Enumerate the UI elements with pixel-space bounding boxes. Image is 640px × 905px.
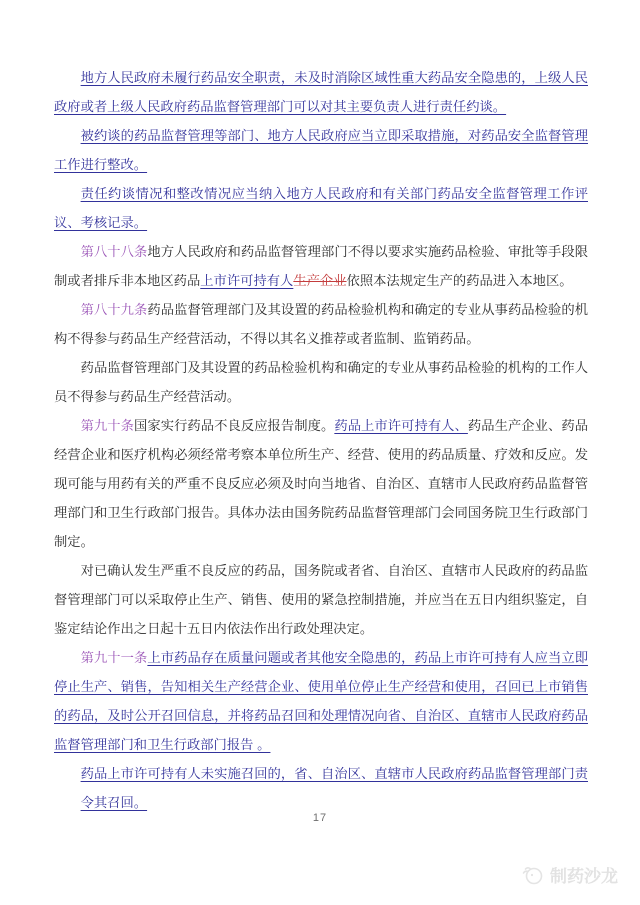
- body-text: 药品生产企业、药品经营企业和医疗机构必须经常考察本单位所生产、经营、使用的药品质…: [54, 418, 588, 549]
- article-number: 第九十条: [81, 418, 134, 433]
- article-number: 第九十一条: [81, 650, 148, 665]
- paragraph: 被约谈的药品监督管理等部门、地方人民政府应当立即采取措施，对药品安全监督管理工作…: [54, 121, 588, 179]
- deleted-text: 生产企业: [293, 273, 346, 288]
- watermark-label: 制药沙龙: [550, 862, 618, 887]
- page-number: 17: [0, 812, 640, 824]
- inserted-text: 药品上市许可持有人、: [334, 418, 468, 433]
- document-body: 地方人民政府未履行药品安全职责，未及时消除区域性重大药品安全隐患的，上级人民政府…: [54, 63, 588, 817]
- paragraph: 药品监督管理部门及其设置的药品检验机构和确定的专业从事药品检验的机构的工作人员不…: [54, 353, 588, 411]
- inserted-text: 被约谈的药品监督管理等部门、地方人民政府应当立即采取措施，对药品安全监督管理工作…: [54, 128, 588, 172]
- paragraph: 地方人民政府未履行药品安全职责，未及时消除区域性重大药品安全隐患的，上级人民政府…: [54, 63, 588, 121]
- body-text: 依照本法规定生产的药品进入本地区。: [347, 273, 573, 288]
- paragraph: 第九十一条上市药品存在质量问题或者其他安全隐患的，药品上市许可持有人应当立即停止…: [54, 643, 588, 759]
- inserted-text: 药品上市许可持有人未实施召回的，省、自治区、直辖市人民政府药品监督管理部门责令其…: [81, 766, 588, 810]
- article-number: 第八十九条: [81, 302, 148, 317]
- paragraph: 第八十九条药品监督管理部门及其设置的药品检验机构和确定的专业从事药品检验的机构不…: [54, 295, 588, 353]
- pharma-salon-logo-icon: [521, 864, 545, 886]
- paragraph: 第九十条国家实行药品不良反应报告制度。药品上市许可持有人、药品生产企业、药品经营…: [54, 411, 588, 556]
- paragraph: 药品上市许可持有人未实施召回的，省、自治区、直辖市人民政府药品监督管理部门责令其…: [54, 759, 588, 817]
- inserted-text: 上市药品存在质量问题或者其他安全隐患的，药品上市许可持有人应当立即停止生产、销售…: [54, 650, 588, 752]
- article-number: 第八十八条: [81, 244, 148, 259]
- watermark: 制药沙龙: [521, 862, 618, 887]
- paragraph: 对已确认发生严重不良反应的药品，国务院或者省、自治区、直辖市人民政府的药品监督管…: [54, 556, 588, 643]
- body-text: 国家实行药品不良反应报告制度。: [134, 418, 334, 433]
- document-page: 地方人民政府未履行药品安全职责，未及时消除区域性重大药品安全隐患的，上级人民政府…: [0, 0, 640, 905]
- paragraph: 责任约谈情况和整改情况应当纳入地方人民政府和有关部门药品安全监督管理工作评议、考…: [54, 179, 588, 237]
- inserted-text: 地方人民政府未履行药品安全职责，未及时消除区域性重大药品安全隐患的，上级人民政府…: [54, 70, 588, 114]
- inserted-text: 上市许可持有人: [200, 273, 293, 288]
- body-text: 药品监督管理部门及其设置的药品检验机构和确定的专业从事药品检验的机构的工作人员不…: [54, 360, 588, 404]
- body-text: 对已确认发生严重不良反应的药品，国务院或者省、自治区、直辖市人民政府的药品监督管…: [54, 563, 588, 636]
- paragraph: 第八十八条地方人民政府和药品监督管理部门不得以要求实施药品检验、审批等手段限制或…: [54, 237, 588, 295]
- inserted-text: 责任约谈情况和整改情况应当纳入地方人民政府和有关部门药品安全监督管理工作评议、考…: [54, 186, 588, 230]
